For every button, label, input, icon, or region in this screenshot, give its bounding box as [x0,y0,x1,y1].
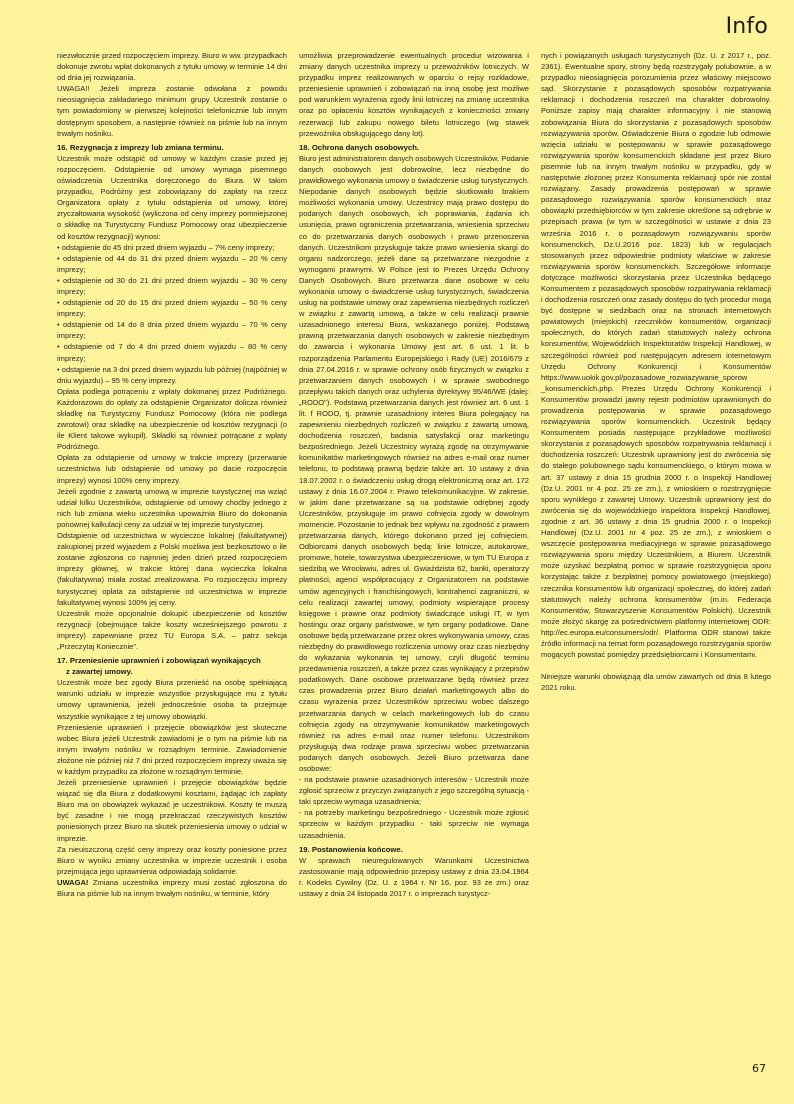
section-title: Info [726,14,768,39]
column-3: nych i powiązanych usługach turystycznyc… [541,50,771,899]
paragraph: Jeżeli zgodnie z zawartą umową w imprezi… [57,486,287,530]
paragraph: UWAGA!! Jeżeli impreza zostanie odwołana… [57,83,287,138]
heading-line: z zawartej umowy. [57,666,287,677]
text-columns: niezwłocznie przed rozpoczęciem imprezy.… [57,50,771,899]
fee-list-item: • odstąpienie do 45 dni przed dniem wyja… [57,242,287,253]
heading-line: 17. Przeniesienie uprawnień i zobowiązań… [57,656,261,665]
paragraph: Uczestnik może opcjonalnie dokupić ubezp… [57,608,287,652]
paragraph: Opłata podlega potrąceniu z wpłaty dokon… [57,386,287,453]
paragraph: Jeżeli przeniesienie uprawnień i przejęc… [57,777,287,844]
fee-list-item: • odstąpienie od 7 do 4 dni przed dniem … [57,341,287,363]
paragraph: Odstąpienie od uczestnictwa w wycieczce … [57,530,287,608]
paragraph: Uczestnik może odstąpić od umowy w każdy… [57,153,287,242]
paragraph: Przeniesienie uprawnień i przejęcie obow… [57,722,287,777]
section-heading-16: 16. Rezygnacja z imprezy lub zmiana term… [57,142,287,153]
fee-list-item: • odstąpienie od 20 do 15 dni przed dnie… [57,297,287,319]
fee-list-item: • odstąpienie od 14 do 8 dnia przed dnie… [57,319,287,341]
spacer [541,660,771,671]
paragraph: Za nieuiszczoną część ceny imprezy oraz … [57,844,287,877]
objection-item: - na podstawie prawnie uzasadnionych int… [299,774,529,807]
page-number: 67 [752,1062,766,1075]
warning-text: Zmiana uczestnika imprezy musi zostać zg… [57,878,287,898]
fee-list-item: • odstąpienie na 3 dni przed dniem wyjaz… [57,364,287,386]
column-1: niezwłocznie przed rozpoczęciem imprezy.… [57,50,287,899]
warning-label: UWAGA! [57,878,88,887]
paragraph: Opłata za odstąpienie od umowy w trakcie… [57,452,287,485]
column-2: umożliwia przeprowadzenie ewentualnych p… [299,50,529,899]
paragraph: W sprawach nieuregulowanych Warunkami Uc… [299,855,529,899]
paragraph: nych i powiązanych usługach turystycznyc… [541,50,771,660]
section-heading-18: 18. Ochrona danych osobowych. [299,142,529,153]
objection-item: - na potrzeby marketingu bezpośredniego … [299,807,529,840]
fee-list-item: • odstąpienie od 44 do 31 dni przed dnie… [57,253,287,275]
paragraph: Biuro jest administratorem danych osobow… [299,153,529,774]
paragraph: Uczestnik może bez zgody Biura przenieść… [57,677,287,721]
section-heading-19: 19. Postanowienia końcowe. [299,844,529,855]
paragraph: niezwłocznie przed rozpoczęciem imprezy.… [57,50,287,83]
closing-note: Niniejsze warunki obowiązują dla umów za… [541,671,771,693]
section-heading-17: 17. Przeniesienie uprawnień i zobowiązań… [57,655,287,677]
fee-list-item: • odstąpienie od 30 do 21 dni przed dnie… [57,275,287,297]
paragraph: umożliwia przeprowadzenie ewentualnych p… [299,50,529,139]
paragraph: UWAGA! Zmiana uczestnika imprezy musi zo… [57,877,287,899]
